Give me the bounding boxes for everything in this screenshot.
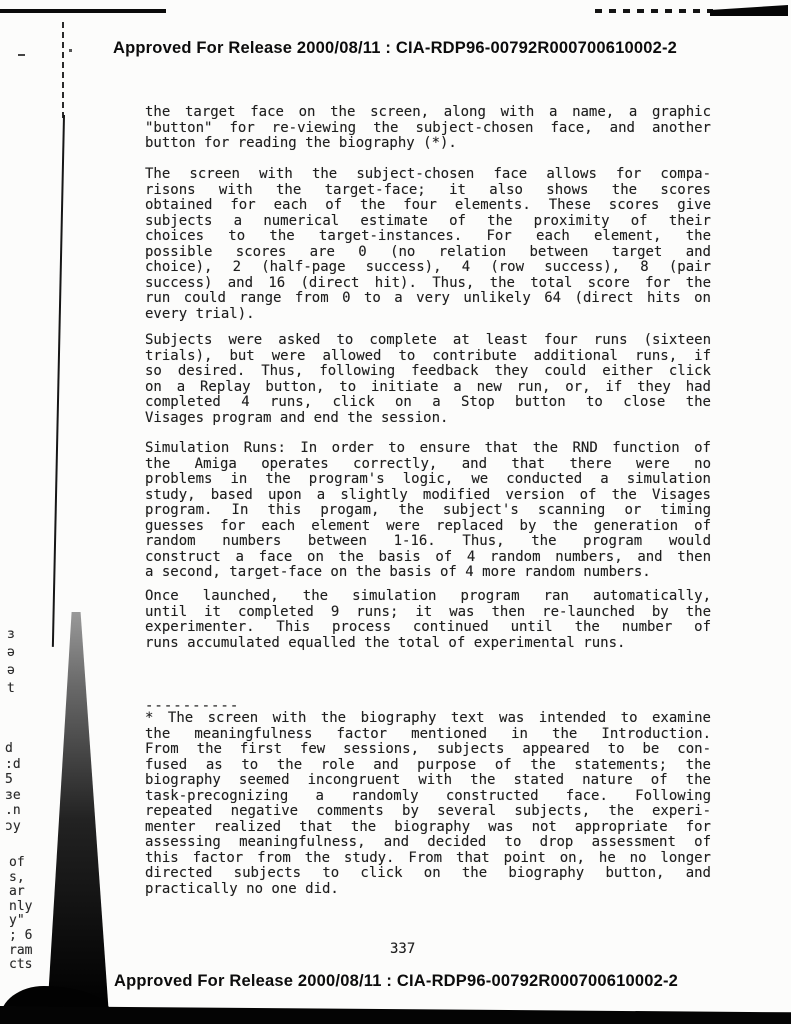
- text-line: until it completed 9 runs; it was then r…: [145, 605, 711, 621]
- text-line: directed subjects to click on the biogra…: [145, 866, 711, 882]
- text-line: random numbers between 1-16. Thus, the p…: [145, 534, 711, 550]
- text-line: experimenter. This process continued unt…: [145, 620, 711, 636]
- scan-edge-bar-bottom: [0, 1006, 791, 1024]
- text-line: :d: [5, 757, 21, 773]
- text-line: this factor from the study. From that po…: [145, 851, 711, 867]
- text-line: guesses for each element were replaced b…: [145, 519, 711, 535]
- text-line: practically no one did.: [145, 882, 711, 898]
- text-line: fused as to the role and purpose of the …: [145, 758, 711, 774]
- text-line: program. In this progam, the subject's s…: [145, 503, 711, 519]
- text-line: ɔy: [5, 819, 21, 835]
- text-line: success) and 16 (direct hit). Thus, the …: [145, 276, 711, 292]
- text-line: Visages program and end the session.: [145, 411, 711, 427]
- text-line: Simulation Runs: In order to ensure that…: [145, 441, 711, 457]
- text-line: problems in the program's logic, we cond…: [145, 472, 711, 488]
- text-line: run could range from 0 to a very unlikel…: [145, 291, 711, 307]
- text-line: biography seemed incongruent with the st…: [145, 773, 711, 789]
- text-line: completed 4 runs, click on a Stop button…: [145, 395, 711, 411]
- text-line: s,: [9, 871, 32, 886]
- scan-vertical-line-dashed: [62, 22, 64, 118]
- scan-tick-mark: [18, 54, 25, 56]
- text-line: choice), 2 (half-page success), 4 (row s…: [145, 260, 711, 276]
- text-line: * The screen with the biography text was…: [145, 711, 711, 727]
- text-line: runs accumulated equalled the total of e…: [145, 636, 711, 652]
- text-line: ə: [7, 662, 15, 680]
- text-line: ɜe: [5, 788, 21, 804]
- paragraph-3: Subjects were asked to complete at least…: [145, 333, 711, 426]
- text-line: cts: [9, 958, 32, 973]
- text-line: every trial).: [145, 307, 711, 323]
- paragraph-1: the target face on the screen, along wit…: [145, 105, 711, 152]
- text-line: possible scores are 0 (no relation betwe…: [145, 245, 711, 261]
- text-line: assessing meaningfulness, and decided to…: [145, 835, 711, 851]
- text-line: Subjects were asked to complete at least…: [145, 333, 711, 349]
- text-line: risons with the target-face; it also sho…: [145, 183, 711, 199]
- text-line: construct a face on the basis of 4 rando…: [145, 550, 711, 566]
- text-line: so desired. Thus, following feedback the…: [145, 364, 711, 380]
- scan-edge-dashes-top-right: [595, 9, 713, 13]
- paragraph-5: Once launched, the simulation program ra…: [145, 589, 711, 651]
- scan-edge-bar-top-right: [710, 5, 788, 16]
- scan-dot-mark: [69, 49, 72, 52]
- footnote: * The screen with the biography text was…: [145, 711, 711, 897]
- text-line: ; 6: [9, 929, 32, 944]
- footer-release-stamp: Approved For Release 2000/08/11 : CIA-RD…: [114, 972, 678, 991]
- margin-text-fragments-upper: ɜəət: [7, 626, 15, 698]
- text-line: nly: [9, 900, 32, 915]
- text-line: menter realized that the biography was n…: [145, 820, 711, 836]
- text-line: ram: [9, 944, 32, 959]
- text-line: From the first few sessions, subjects ap…: [145, 742, 711, 758]
- text-line: study, based upon a slightly modified ve…: [145, 488, 711, 504]
- text-line: .n: [5, 803, 21, 819]
- text-line: the target face on the screen, along wit…: [145, 105, 711, 121]
- text-line: the meaningfulness factor mentioned in t…: [145, 727, 711, 743]
- text-line: 5: [5, 772, 21, 788]
- text-line: choices to the target-instances. For eac…: [145, 229, 711, 245]
- paragraph-4: Simulation Runs: In order to ensure that…: [145, 441, 711, 581]
- scan-vertical-line: [52, 115, 65, 647]
- text-line: "button" for re-viewing the subject-chos…: [145, 121, 711, 137]
- text-line: trials), but were allowed to contribute …: [145, 349, 711, 365]
- margin-text-fragments-middle: d:d5ɜe.nɔy: [5, 741, 21, 834]
- text-line: the Amiga operates correctly, and that t…: [145, 457, 711, 473]
- text-line: obtained for each of the four elements. …: [145, 198, 711, 214]
- text-line: ar: [9, 885, 32, 900]
- text-line: ɜ: [7, 626, 15, 644]
- page-number: 337: [390, 941, 415, 957]
- text-line: subjects a numerical estimate of the pro…: [145, 214, 711, 230]
- text-line: repeated negative comments by several su…: [145, 804, 711, 820]
- text-line: task-precognizing a randomly constructed…: [145, 789, 711, 805]
- text-line: t: [7, 680, 15, 698]
- scan-binding-streak: [46, 612, 110, 1012]
- paragraph-2: The screen with the subject-chosen face …: [145, 167, 711, 322]
- text-line: ə: [7, 644, 15, 662]
- text-line: y": [9, 914, 32, 929]
- header-release-stamp: Approved For Release 2000/08/11 : CIA-RD…: [113, 39, 677, 58]
- text-line: of: [9, 856, 32, 871]
- margin-text-fragments-lower: ofs,arnlyy"; 6ramcts: [9, 856, 32, 973]
- text-line: button for reading the biography (*).: [145, 136, 711, 152]
- text-line: Once launched, the simulation program ra…: [145, 589, 711, 605]
- scan-edge-line-top-left: [0, 9, 166, 13]
- text-line: a second, target-face on the basis of 4 …: [145, 565, 711, 581]
- text-line: on a Replay button, to initiate a new ru…: [145, 380, 711, 396]
- text-line: The screen with the subject-chosen face …: [145, 167, 711, 183]
- scanned-document-page: Approved For Release 2000/08/11 : CIA-RD…: [0, 0, 791, 1024]
- text-line: d: [5, 741, 21, 757]
